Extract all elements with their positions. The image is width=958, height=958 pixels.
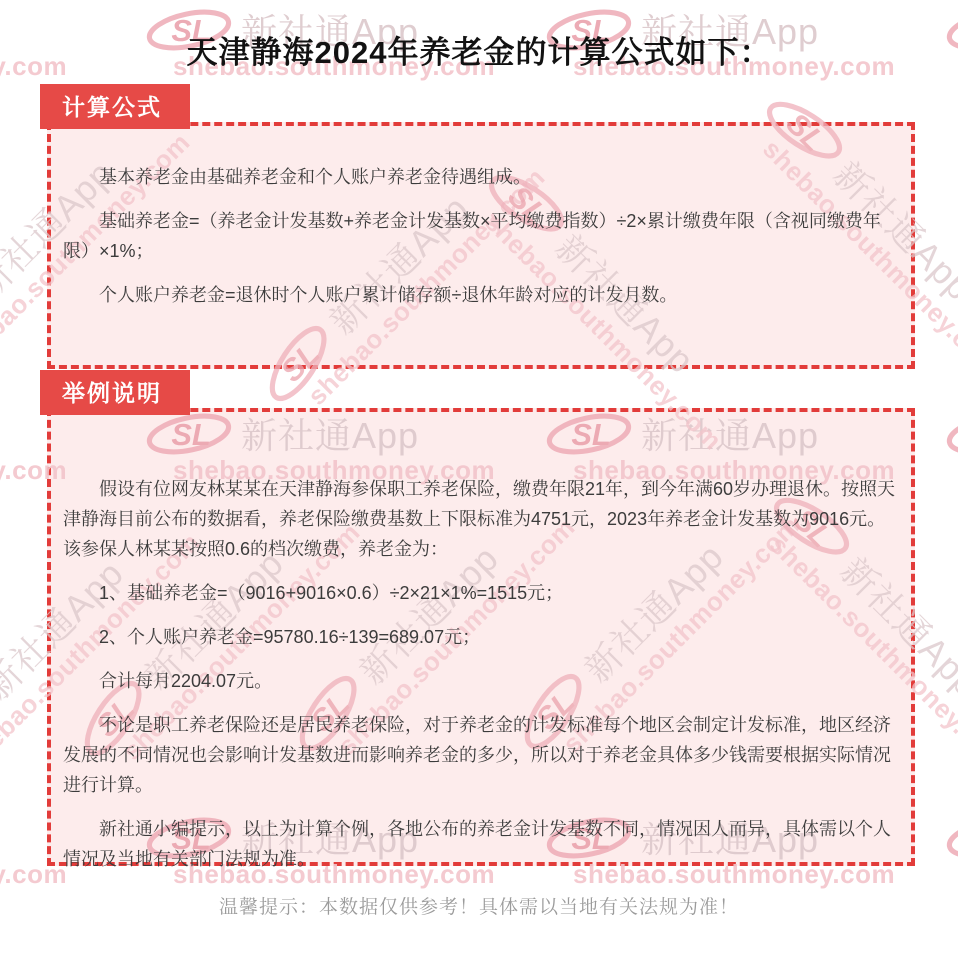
pension-infographic-page: { "title": "天津静海2024年养老金的计算公式如下：", "sect…	[0, 0, 958, 958]
footer-disclaimer: 温馨提示：本数据仅供参考！具体需以当地有关法规为准！	[0, 892, 958, 919]
section-label-tab: 举例说明	[40, 370, 190, 415]
example-paragraph: 不论是职工养老保险还是居民养老保险，对于养老金的计发标准每个地区会制定计发标准，…	[63, 710, 897, 800]
example-paragraph: 假设有位网友林某某在天津静海参保职工养老保险，缴费年限21年，到今年满60岁办理…	[63, 474, 897, 564]
section-calculation-formula: 计算公式 基本养老金由基础养老金和个人账户养老金待遇组成。 基础养老金=（养老金…	[47, 84, 915, 369]
example-paragraph: 新社通小编提示，以上为计算个例，各地公布的养老金计发基数不同，情况因人而异，具体…	[63, 814, 897, 874]
formula-paragraph: 基础养老金=（养老金计发基数+养老金计发基数×平均缴费指数）÷2×累计缴费年限（…	[63, 206, 897, 266]
formula-box: 基本养老金由基础养老金和个人账户养老金待遇组成。 基础养老金=（养老金计发基数+…	[47, 122, 915, 369]
page-title: 天津静海2024年养老金的计算公式如下：	[0, 27, 958, 72]
example-paragraph: 合计每月2204.07元。	[63, 666, 897, 696]
watermark-tile: SL 新社通App shebao.southmoney.com	[945, 812, 958, 890]
example-paragraph: 1、基础养老金=（9016+9016×0.6）÷2×21×1%=1515元；	[63, 578, 897, 608]
example-box: 假设有位网友林某某在天津静海参保职工养老保险，缴费年限21年，到今年满60岁办理…	[47, 408, 915, 866]
section-label-tab: 计算公式	[40, 84, 190, 129]
formula-paragraph: 个人账户养老金=退休时个人账户累计储存额÷退休年龄对应的计发月数。	[63, 280, 897, 310]
watermark-tile: SL 新社通App shebao.southmoney.com	[945, 408, 958, 486]
shebao-logo-icon: SL	[945, 816, 958, 860]
example-paragraph: 2、个人账户养老金=95780.16÷139=689.07元；	[63, 622, 897, 652]
section-example: 举例说明 假设有位网友林某某在天津静海参保职工养老保险，缴费年限21年，到今年满…	[47, 370, 915, 866]
shebao-logo-icon: SL	[945, 412, 958, 456]
formula-paragraph: 基本养老金由基础养老金和个人账户养老金待遇组成。	[63, 162, 897, 192]
